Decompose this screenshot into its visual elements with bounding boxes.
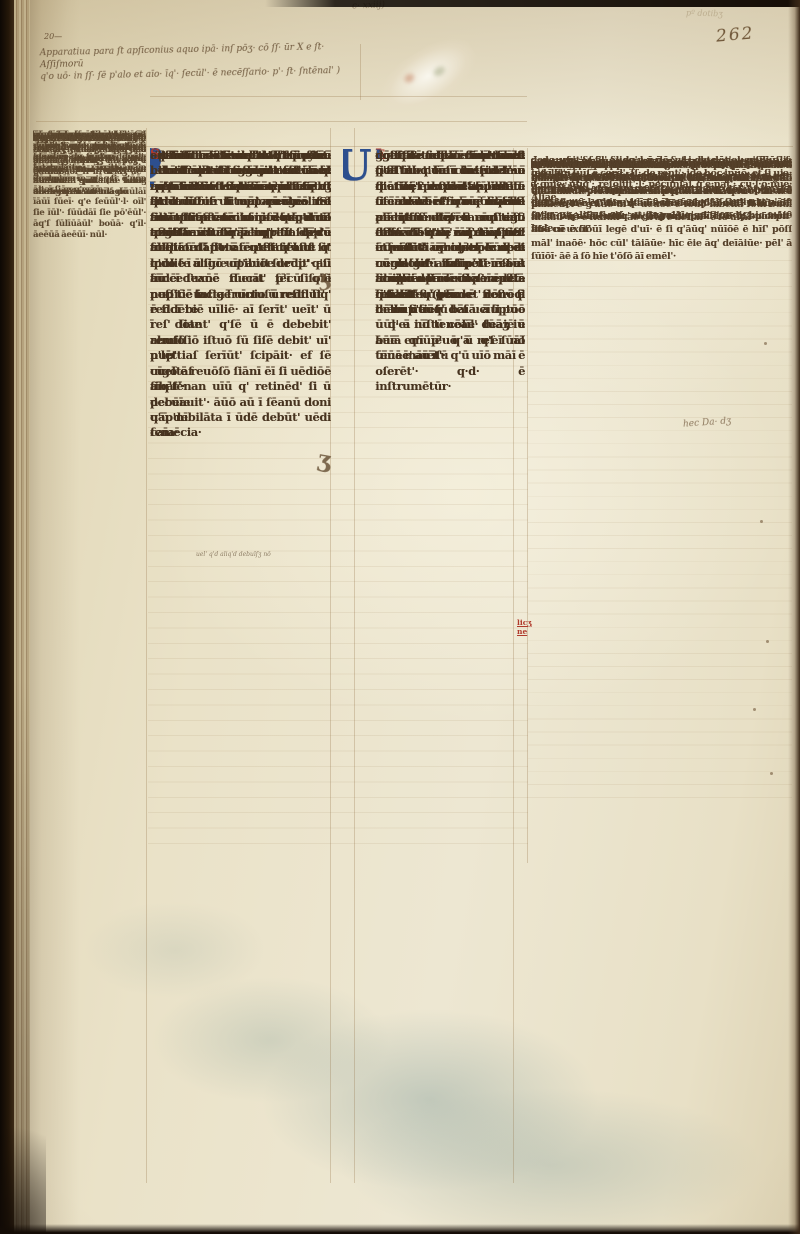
- ink-speck: [766, 640, 769, 643]
- smudge-speck: [432, 65, 446, 78]
- ruling-line: [360, 44, 361, 100]
- faint-offset-text: pº dotibʒ: [686, 9, 723, 19]
- left-gloss-column: —ſut ē debēut' q'libʒ· l·a· eāſ dōāl'· C…: [33, 130, 146, 798]
- folio-number: 262: [715, 23, 755, 46]
- book-binding-edge: [0, 0, 14, 1234]
- ruling-line: [150, 96, 527, 97]
- header-note-line1: Apparatiua para ſt apſiconius aquo ipā· …: [40, 42, 325, 70]
- ink-speck: [764, 342, 767, 345]
- bottom-board-edge: [0, 1224, 800, 1234]
- text-run: ed niſi hoc euidēnt' acī ſiūt· bibēnſ' ē…: [150, 148, 331, 194]
- main-text-column-2: U ēgeſtā ī odītiōe reddānt'· ſi Lego ſit…: [343, 148, 525, 848]
- header-numeral: 20—: [44, 32, 62, 41]
- manuscript-folio-photo: 20— Apparatiua para ſt apſiconius aquo i…: [0, 0, 800, 1234]
- ruling-line: [36, 146, 793, 147]
- ink-speck: [760, 520, 763, 523]
- corner-shadow: [0, 1090, 46, 1234]
- right-page-edge: [788, 0, 800, 1234]
- entry-text: q'·d· mīē· ut·q'· reſōlūt'·l· pecūniaſ q…: [531, 178, 792, 204]
- red-nota-mark: licʒ ne: [517, 618, 537, 636]
- main-text-column-1: P uere dotē & ſī nup'tial' ſ· ē p'tē op-…: [150, 148, 331, 850]
- top-board-edge: [265, 0, 800, 7]
- smudge-speck: [403, 72, 416, 84]
- header-note: Apparatiua para ſt apſiconius aquo ipā· …: [40, 41, 346, 83]
- ink-speck: [757, 202, 760, 205]
- ruling-line: [146, 128, 147, 1183]
- ink-speck: [753, 708, 756, 711]
- text-run: gō ſieſ' uidēā'· nā mulīēē q'aſ ſolet' ſ…: [375, 148, 525, 395]
- interlinear-addition: uel' q'd aliq'd debuīſʒ nō: [196, 551, 271, 558]
- ink-speck: [770, 772, 773, 775]
- stacked-page-edges: [14, 0, 30, 1234]
- gloss-entry-text: ſ q'a dūſſēʒ ē q'nīū ſieū debēāʒ· ūʒ·g·d…: [33, 134, 146, 178]
- illuminated-initial-U: U: [343, 149, 371, 183]
- ruling-line: [36, 121, 527, 122]
